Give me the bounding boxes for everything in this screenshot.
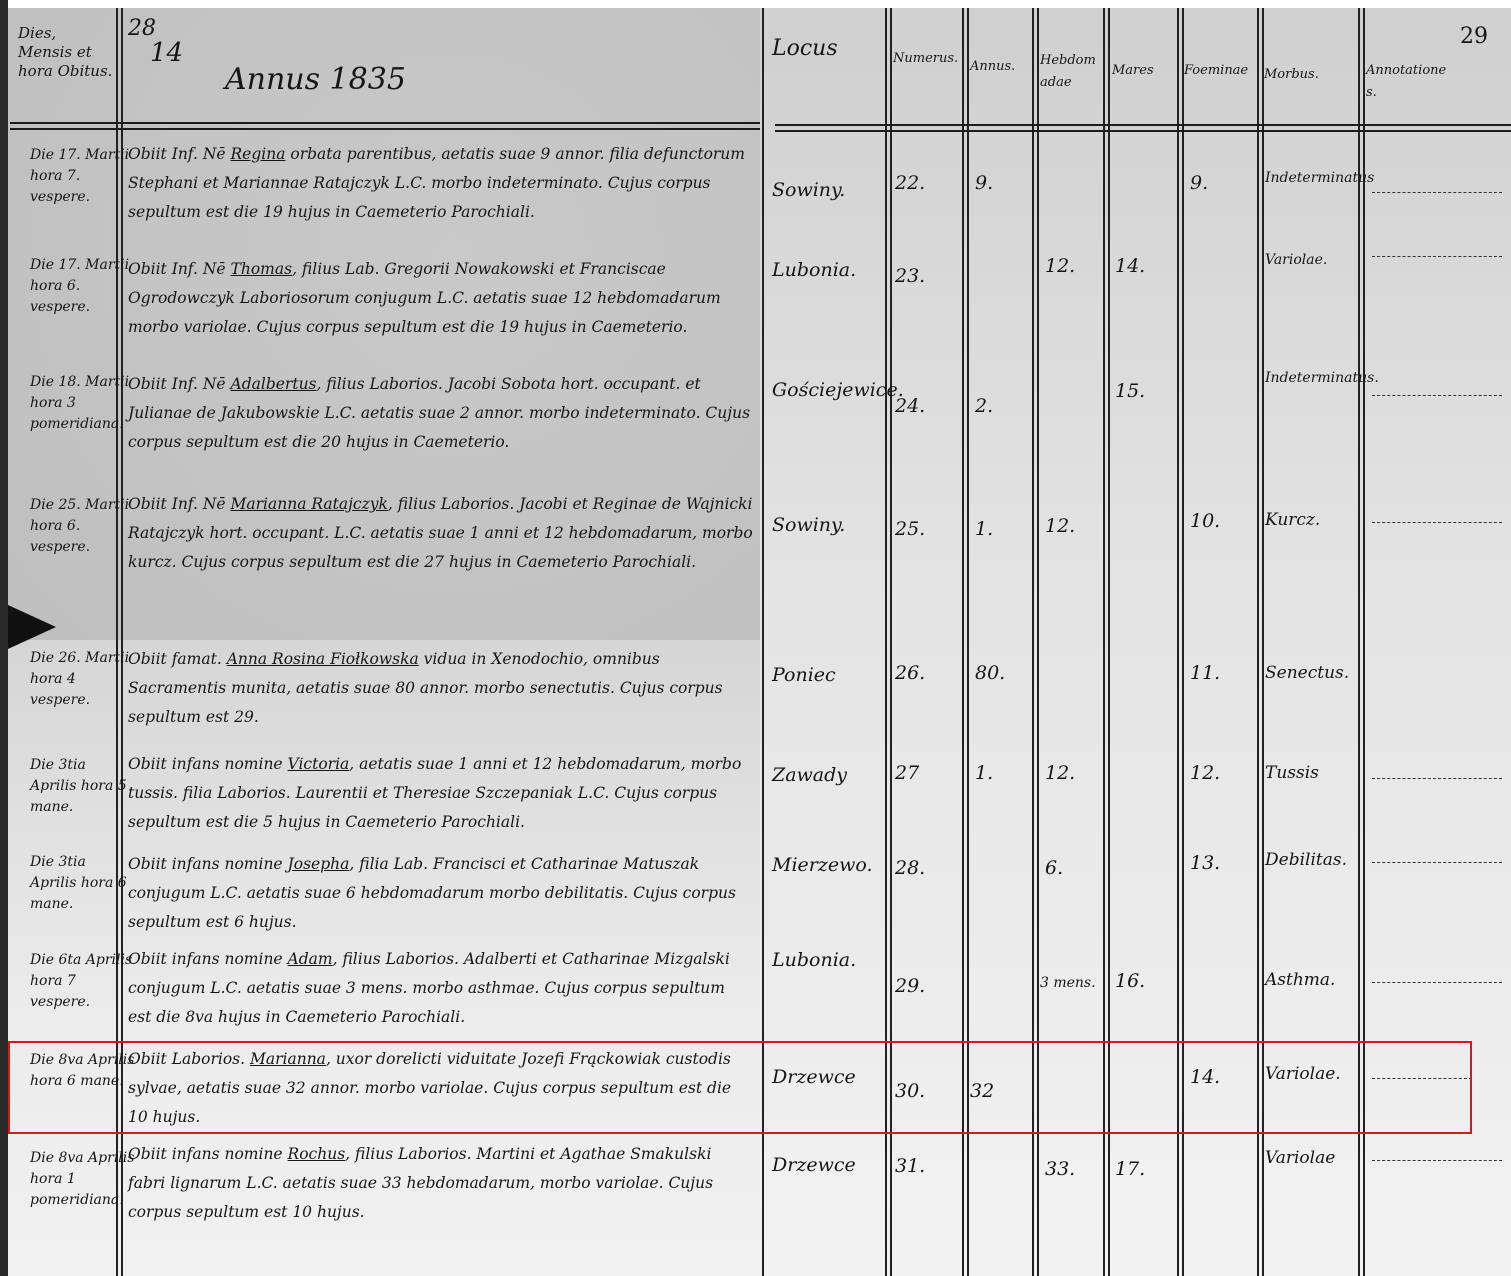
entry-text: Obiit infans nomine Victoria, aetatis su… (128, 750, 753, 837)
page-title: Annus 1835 (225, 62, 406, 97)
entry-locus: Drzewce (772, 1150, 892, 1180)
header-rule-right (775, 124, 1511, 126)
entry-date: Die 25. Martii hora 6. vespere. (30, 495, 135, 558)
entry-text: Obiit Inf. Nē Adalbertus, filius Laborio… (128, 370, 753, 457)
entry-locus: Lubonia. (772, 945, 892, 975)
entry-text: Obiit infans nomine Rochus, filius Labor… (128, 1140, 753, 1227)
entry-date: Die 3tia Aprilis hora 6 mane. (30, 852, 135, 915)
entry-morbus: Senectus. (1265, 665, 1365, 682)
entry-foeminae: 12. (1190, 762, 1220, 784)
entry-foeminae: 10. (1190, 510, 1220, 532)
entry-text: Obiit famat. Anna Rosina Fiołkowska vidu… (128, 645, 753, 732)
entry-hebdomadae: 12. (1045, 255, 1075, 277)
entry-morbus: Variolae (1265, 1150, 1365, 1167)
entry-hebdomadae: 12. (1045, 762, 1075, 784)
entry-date: Die 18. Martii hora 3 pomeridiana. (30, 372, 135, 435)
entry-text: Obiit Inf. Nē Regina orbata parentibus, … (128, 140, 753, 227)
entry-locus: Sowiny. (772, 510, 892, 540)
bookmark-tab (8, 605, 56, 649)
entry-morbus: Kurcz. (1265, 512, 1365, 529)
entry-locus: Mierzewo. (772, 850, 892, 880)
entry-text: Obiit infans nomine Josepha, filia Lab. … (128, 850, 753, 937)
annotation-dash (1372, 522, 1502, 523)
header-mares: Mares (1112, 60, 1167, 82)
entry-mares: 16. (1115, 970, 1145, 992)
entry-foeminae: 13. (1190, 852, 1220, 874)
entry-locus: Zawady (772, 760, 892, 790)
deceased-name: Regina (231, 145, 286, 163)
entry-text: Obiit Inf. Nē Marianna Ratajczyk, filius… (128, 490, 753, 577)
header-rule-left-2 (10, 128, 760, 130)
entry-hebdomadae: 3 mens. (1040, 975, 1096, 991)
entry-numerus: 31. (895, 1155, 925, 1177)
deceased-name: Marianna Ratajczyk (231, 495, 388, 513)
entry-date: Die 17. Martii hora 7. vespere. (30, 145, 135, 208)
entry-annus: 1. (975, 762, 993, 784)
deceased-name: Adam (288, 950, 333, 968)
annotation-dash (1372, 256, 1502, 257)
deceased-name: Rochus (288, 1145, 346, 1163)
header-numerus: Numerus. (893, 48, 953, 70)
entry-morbus: Debilitas. (1265, 852, 1365, 869)
header-rule-left (10, 122, 760, 124)
entry-date: Die 8va Aprilis hora 1 pomeridiana. (30, 1148, 135, 1211)
annotation-dash (1372, 778, 1502, 779)
entry-morbus: Indeterminatus. (1265, 370, 1365, 387)
entry-numerus: 26. (895, 662, 925, 684)
entry-mares: 14. (1115, 255, 1145, 277)
entry-morbus: Indeterminatus (1265, 170, 1365, 187)
entry-mares: 15. (1115, 380, 1145, 402)
header-date-column: Dies, Mensis et hora Obitus. (18, 24, 113, 81)
entry-morbus: Variolae. (1265, 252, 1365, 269)
deceased-name: Adalbertus (231, 375, 317, 393)
entry-numerus: 25. (895, 518, 925, 540)
entry-locus: Gościejewice. (772, 375, 892, 405)
entry-annus: 80. (975, 662, 1005, 684)
header-annotationes: Annotationes. (1366, 60, 1456, 104)
entry-hebdomadae: 6. (1045, 857, 1063, 879)
header-morbus: Morbus. (1264, 64, 1334, 86)
entry-hebdomadae: 33. (1045, 1158, 1075, 1180)
entry-locus: Lubonia. (772, 255, 892, 285)
annotation-dash (1372, 395, 1502, 396)
deceased-name: Victoria (288, 755, 350, 773)
entry-numerus: 29. (895, 975, 925, 997)
entry-locus: Poniec (772, 660, 892, 690)
entry-hebdomadae: 12. (1045, 515, 1075, 537)
entry-text: Obiit infans nomine Adam, filius Laborio… (128, 945, 753, 1032)
entry-numerus: 24. (895, 395, 925, 417)
header-foeminae: Foeminae (1184, 60, 1254, 82)
entry-date: Die 17. Martii hora 6. vespere. (30, 255, 135, 318)
entry-morbus: Tussis (1265, 765, 1365, 782)
entry-date: Die 6ta Aprilis hora 7 vespere. (30, 950, 135, 1013)
highlight-box (8, 1041, 1472, 1134)
annotation-dash (1372, 1160, 1502, 1161)
entry-foeminae: 9. (1190, 172, 1208, 194)
deceased-name: Anna Rosina Fiołkowska (227, 650, 419, 668)
header-hebdomadae: Hebdomadae (1040, 50, 1100, 94)
folio-number: 14 (150, 38, 183, 68)
entry-mares: 17. (1115, 1158, 1145, 1180)
book-edge (0, 0, 8, 1276)
annotation-dash (1372, 862, 1502, 863)
entry-locus: Sowiny. (772, 175, 892, 205)
entry-date: Die 26. Martii hora 4 vespere. (30, 648, 135, 711)
entry-annus: 2. (975, 395, 993, 417)
entry-annus: 1. (975, 518, 993, 540)
entry-numerus: 28. (895, 857, 925, 879)
deceased-name: Josepha (288, 855, 350, 873)
header-annus: Annus. (970, 56, 1025, 78)
entry-text: Obiit Inf. Nē Thomas, filius Lab. Gregor… (128, 255, 753, 342)
scan-top-border (0, 0, 1511, 8)
entry-date: Die 3tia Aprilis hora 5 mane. (30, 755, 135, 818)
entry-numerus: 23. (895, 265, 925, 287)
header-locus: Locus (772, 38, 838, 60)
entry-numerus: 27 (895, 762, 919, 784)
entry-numerus: 22. (895, 172, 925, 194)
right-page-number: 29 (1460, 24, 1488, 49)
deceased-name: Thomas (231, 260, 293, 278)
header-rule-right-2 (775, 130, 1511, 132)
entry-foeminae: 11. (1190, 662, 1220, 684)
entry-morbus: Asthma. (1265, 972, 1365, 989)
annotation-dash (1372, 982, 1502, 983)
entry-annus: 9. (975, 172, 993, 194)
annotation-dash (1372, 192, 1502, 193)
